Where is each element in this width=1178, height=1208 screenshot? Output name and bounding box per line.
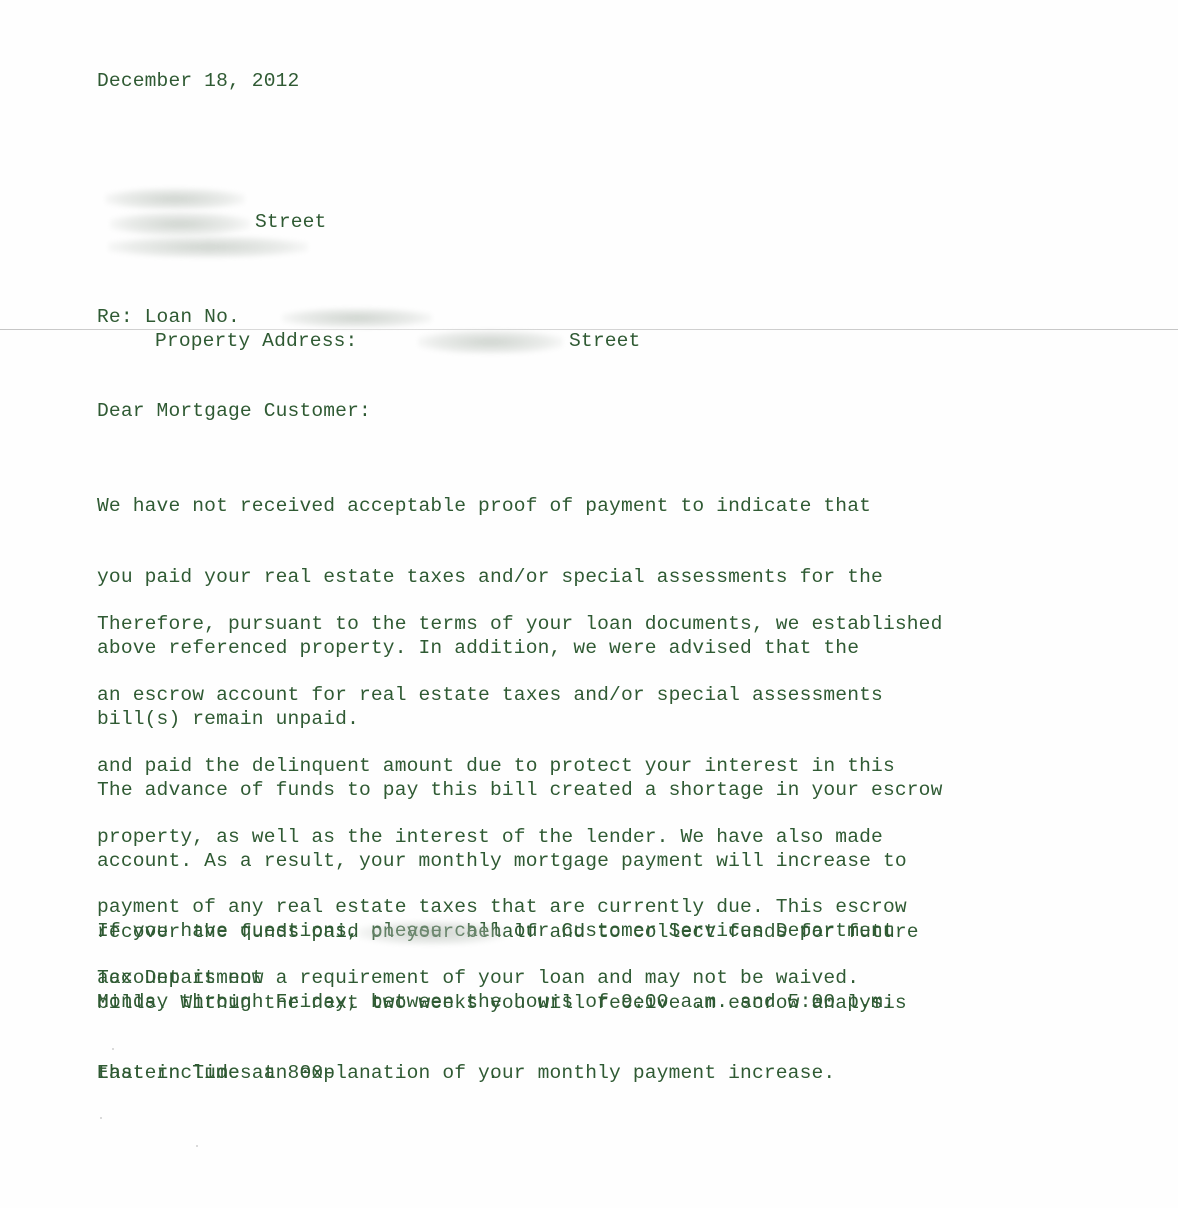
redacted-phone-number xyxy=(358,921,506,945)
salutation: Dear Mortgage Customer: xyxy=(97,400,371,424)
scan-speck xyxy=(112,1048,114,1050)
recipient-street-suffix: Street xyxy=(255,211,326,235)
paragraph-line: The advance of funds to pay this bill cr… xyxy=(97,779,942,803)
paragraph-contact: If you have questions, please call our C… xyxy=(97,873,895,1133)
paragraph-line: Therefore, pursuant to the terms of your… xyxy=(97,613,942,637)
loan-number-label: Re: Loan No. xyxy=(97,306,240,330)
paragraph-line: Eastern Time at 800-. xyxy=(97,1062,895,1086)
letter-page: December 18, 2012 Street Re: Loan No. Pr… xyxy=(0,0,1178,1208)
paragraph-line: an escrow account for real estate taxes … xyxy=(97,684,942,708)
letter-date: December 18, 2012 xyxy=(97,70,299,94)
signature: Tax Department xyxy=(97,967,264,991)
scan-speck xyxy=(265,1075,267,1077)
phone-prefix: Eastern Time at 800- xyxy=(97,1062,335,1084)
redacted-property-address xyxy=(418,330,563,354)
paragraph-line: account. As a result, your monthly mortg… xyxy=(97,850,942,874)
redacted-loan-number xyxy=(282,308,432,328)
redacted-recipient-street-number xyxy=(110,212,250,236)
paragraph-line: We have not received acceptable proof of… xyxy=(97,495,883,519)
property-street-suffix: Street xyxy=(569,330,640,354)
phone-end-punctuation: . xyxy=(487,1062,499,1084)
property-address-label: Property Address: xyxy=(155,330,357,354)
scan-speck xyxy=(100,1117,102,1119)
scan-speck xyxy=(196,1145,198,1147)
paragraph-line: Monday through Friday, between the hours… xyxy=(97,991,895,1015)
redacted-recipient-name xyxy=(105,188,245,210)
redacted-recipient-city xyxy=(108,236,308,258)
